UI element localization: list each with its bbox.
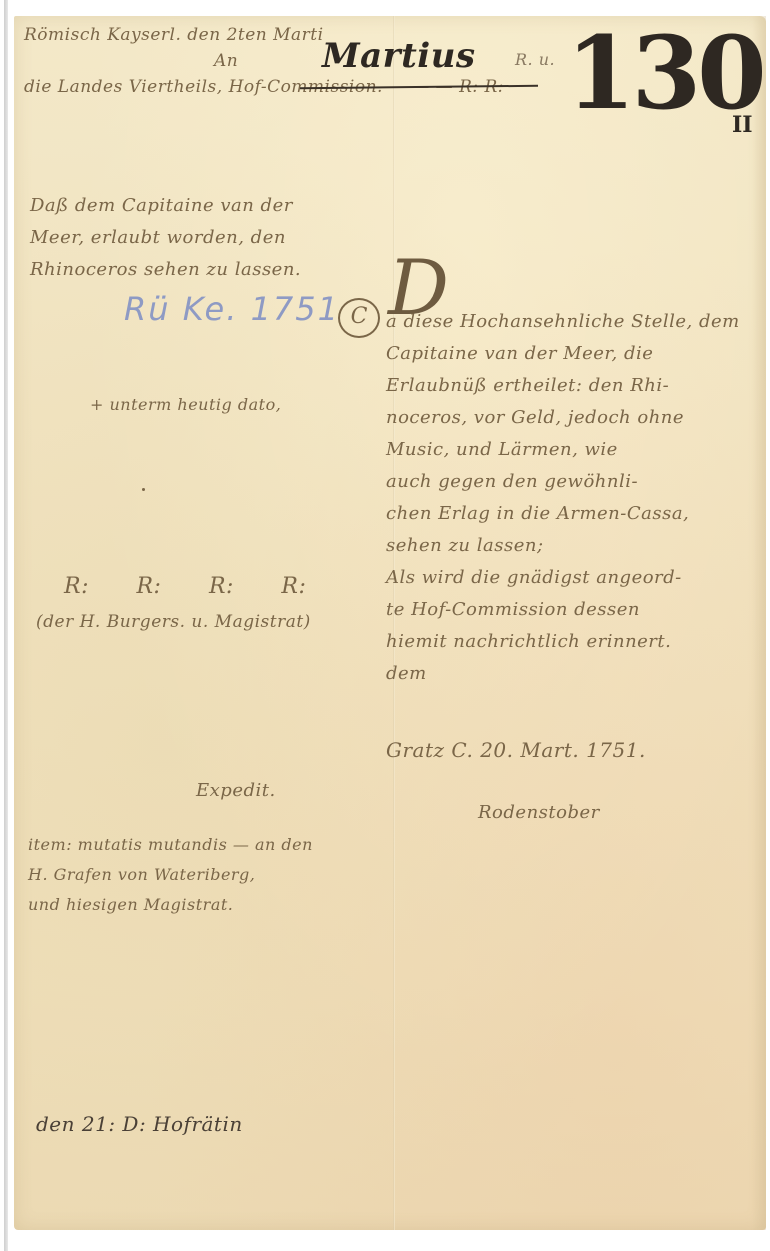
ink-dot [142,488,145,491]
body-line: a diese Hochansehnliche Stelle, dem [386,306,740,338]
document-number-suffix: II [732,112,753,138]
body-line: Music, und Lärmen, wie [386,434,740,466]
recipient-note: (der H. Burgers. u. Magistrat) [36,612,311,632]
subject-line: Rhinoceros sehen zu lassen. [30,254,301,286]
body-line: auch gegen den gewöhnli- [386,466,740,498]
item-line: H. Grafen von Wateriberg, [28,860,313,890]
page-edge-shadow [752,16,766,1230]
body-line: te Hof-Commission dessen [386,594,740,626]
month-title: Martius [322,36,476,76]
body-line: Erlaubnüß ertheilet: den Rhi- [386,370,740,402]
item-line: und hiesigen Magistrat. [28,890,313,920]
archive-reference-pencil: Rü Ke. 1751 [124,290,340,328]
body-line: noceros, vor Geld, jedoch ohne [386,402,740,434]
footer-note: den 21: D: Hofrätin [36,1112,243,1136]
body-line: sehen zu lassen; [386,530,740,562]
rr-initials: R: R: R: R: [64,574,306,599]
body-line: Capitaine van der Meer, die [386,338,740,370]
month-marks: R. u. [515,50,555,69]
date-prefix: dem [386,658,740,690]
margin-note: + unterm heutig dato, [90,395,281,414]
expedit-label: Expedit. [196,780,276,801]
document-scan: Römisch Kayserl. den 2ten Marti An die L… [0,0,770,1251]
place-and-date: Gratz C. 20. Mart. 1751. [386,738,646,762]
subject-summary: Daß dem Capitaine van der Meer, erlaubt … [30,190,301,286]
item-line: item: mutatis mutandis — an den [28,830,313,860]
body-line: Als wird die gnädigst angeord- [386,562,740,594]
letter-body: a diese Hochansehnliche Stelle, dem Capi… [386,306,740,690]
body-line: chen Erlag in die Armen-Cassa, [386,498,740,530]
clerk-signature: Rodenstober [478,802,600,823]
item-distribution: item: mutatis mutandis — an den H. Grafe… [28,830,313,920]
subject-line: Meer, erlaubt worden, den [30,222,301,254]
subject-line: Daß dem Capitaine van der [30,190,301,222]
scanner-edge [4,0,8,1251]
flourish-loop-mark: C [338,298,380,338]
body-line: hiemit nachrichtlich erinnert. [386,626,740,658]
